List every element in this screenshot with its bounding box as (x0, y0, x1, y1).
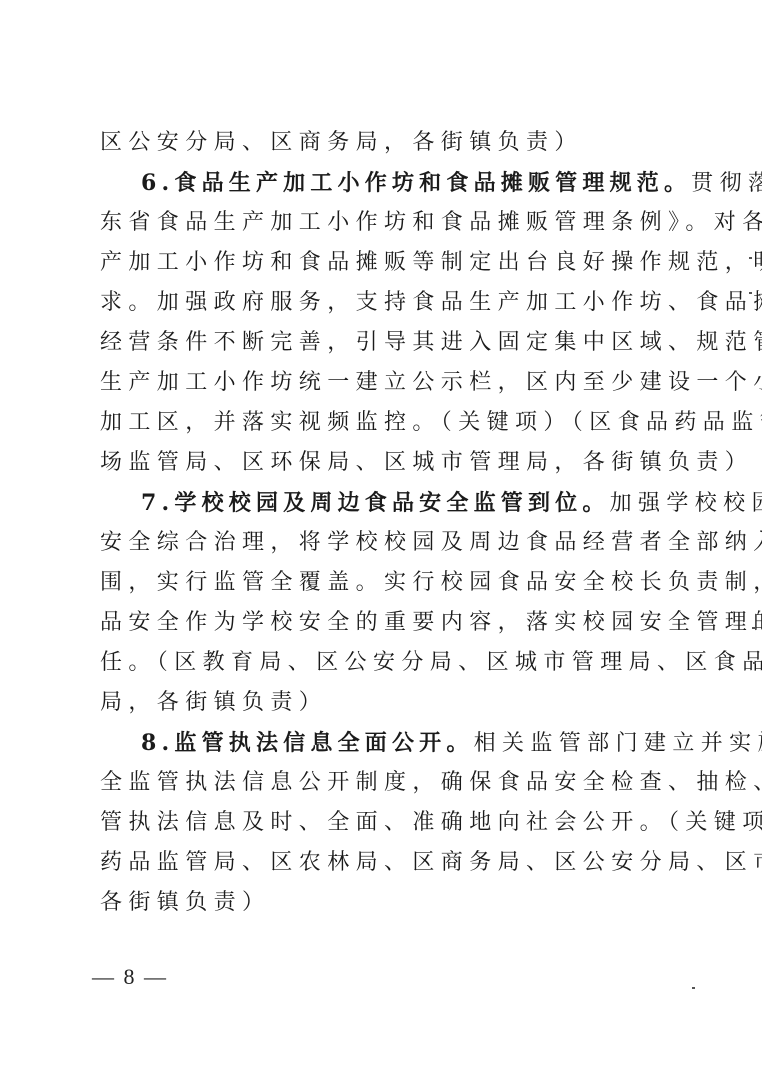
text-line: 加工区，并落实视频监控。（关键项）（区食品药品监管局，区市 (100, 403, 670, 443)
scan-speck (749, 257, 752, 259)
text-line: 经营条件不断完善，引导其进入固定集中区域、规范管理。食品 (100, 323, 670, 363)
text-line: 品安全作为学校安全的重要内容，落实校园安全管理的主体责 (100, 603, 670, 643)
section-7-first-line: 7.学校校园及周边食品安全监管到位。加强学校校园及周边 (100, 483, 670, 523)
document-page: 区公安分局、区商务局，各街镇负责） 6.食品生产加工小作坊和食品摊贩管理规范。贯… (0, 0, 762, 1078)
scan-speck (753, 662, 756, 664)
section-6-heading: 6.食品生产加工小作坊和食品摊贩管理规范。 (141, 170, 691, 196)
text-line: 药品监管局、区农林局、区商务局、区公安分局、区市场监管局， (100, 843, 670, 883)
section-6-first-line: 6.食品生产加工小作坊和食品摊贩管理规范。贯彻落实《广 (100, 163, 670, 203)
scan-speck (692, 987, 695, 989)
text-line: 区公安分局、区商务局，各街镇负责） (100, 123, 670, 163)
text-line: 管执法信息及时、全面、准确地向社会公开。（关键项）（区食品 (100, 803, 670, 843)
text-line: 各街镇负责） (100, 883, 670, 923)
text-line: 产加工小作坊和食品摊贩等制定出台良好操作规范，明确技术要 (100, 243, 670, 283)
text-line: 围，实行监管全覆盖。实行校园食品安全校长负责制，将校园食 (100, 563, 670, 603)
text-line: 求。加强政府服务，支持食品生产加工小作坊、食品摊贩等生产 (100, 283, 670, 323)
text-line: 生产加工小作坊统一建立公示栏，区内至少建设一个小作坊集中 (100, 363, 670, 403)
section-8-first-line: 8.监管执法信息全面公开。相关监管部门建立并实施食品安 (100, 723, 670, 763)
section-6-text: 贯彻落实《广 (691, 171, 762, 196)
section-7-text: 加强学校校园及周边 (610, 491, 762, 516)
text-line: 局，各街镇负责） (100, 683, 670, 723)
text-line: 安全综合治理，将学校校园及周边食品经营者全部纳入监管范 (100, 523, 670, 563)
text-line: 场监管局、区环保局、区城市管理局，各街镇负责） (100, 443, 670, 483)
page-number: — 8 — (92, 964, 168, 990)
text-line: 任。（区教育局、区公安分局、区城市管理局、区食品药品监管 (100, 643, 670, 683)
scan-speck (749, 292, 752, 294)
document-body: 区公安分局、区商务局，各街镇负责） 6.食品生产加工小作坊和食品摊贩管理规范。贯… (100, 123, 670, 923)
text-line: 东省食品生产加工小作坊和食品摊贩管理条例》。对各类食品生 (100, 203, 670, 243)
scan-speck (752, 627, 755, 629)
section-8-heading: 8.监管执法信息全面公开。 (141, 730, 474, 756)
section-8-text: 相关监管部门建立并实施食品安 (474, 731, 762, 756)
text-line: 全监管执法信息公开制度，确保食品安全检查、抽检、处罚等监 (100, 763, 670, 803)
section-7-heading: 7.学校校园及周边食品安全监管到位。 (141, 490, 610, 516)
